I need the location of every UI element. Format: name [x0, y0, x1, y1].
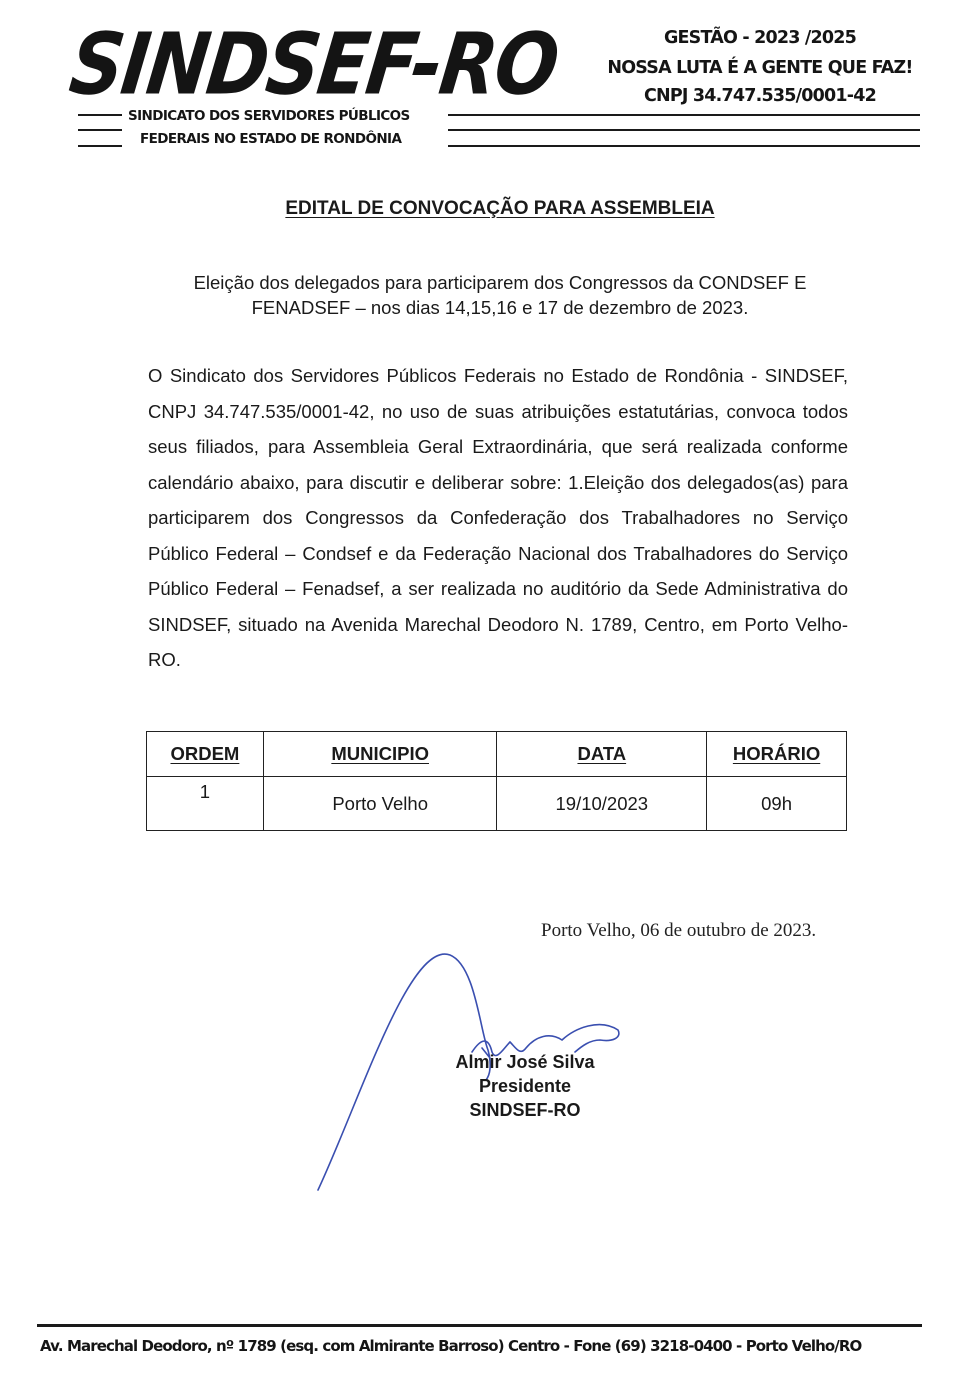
header-rule [78, 145, 122, 147]
signer-org: SINDSEF-RO [440, 1098, 610, 1122]
document-body: O Sindicato dos Servidores Públicos Fede… [148, 358, 848, 678]
table-row: 1 Porto Velho 19/10/2023 09h [147, 777, 847, 831]
signer-role: Presidente [440, 1074, 610, 1098]
header-rule [78, 129, 122, 131]
org-name-line-1: SINDICATO DOS SERVIDORES PÚBLICOS [128, 108, 410, 124]
gestao-label: GESTÃO - 2023 /2025 [590, 28, 930, 48]
header-rule [448, 145, 920, 147]
header-rule [78, 114, 122, 116]
schedule-table: ORDEM MUNICIPIO DATA HORÁRIO 1 Porto Vel… [146, 731, 847, 831]
column-header-horario: HORÁRIO [707, 732, 847, 777]
header-rule [448, 114, 920, 116]
column-header-data: DATA [497, 732, 707, 777]
document-subtitle: Eleição dos delegados para participarem … [150, 270, 850, 320]
signer-name: Almir José Silva [440, 1050, 610, 1074]
footer-address: Av. Marechal Deodoro, nº 1789 (esq. com … [40, 1337, 861, 1355]
signature-block: Almir José Silva Presidente SINDSEF-RO [440, 1050, 610, 1122]
cell-municipio: Porto Velho [263, 777, 497, 831]
column-header-ordem: ORDEM [147, 732, 264, 777]
sindsef-logo: SINDSEF-RO [66, 22, 562, 107]
place-and-date: Porto Velho, 06 de outubro de 2023. [541, 920, 816, 942]
org-name-line-2: FEDERAIS NO ESTADO DE RONDÔNIA [140, 131, 401, 147]
column-header-municipio: MUNICIPIO [263, 732, 497, 777]
page-title: EDITAL DE CONVOCAÇÃO PARA ASSEMBLEIA [0, 198, 960, 220]
cell-data: 19/10/2023 [497, 777, 707, 831]
footer-rule [37, 1324, 922, 1327]
header-cnpj: CNPJ 34.747.535/0001-42 [590, 86, 930, 106]
slogan: NOSSA LUTA É A GENTE QUE FAZ! [590, 58, 930, 78]
cell-ordem: 1 [147, 777, 264, 831]
table-header-row: ORDEM MUNICIPIO DATA HORÁRIO [147, 732, 847, 777]
header-rule [448, 129, 920, 131]
cell-horario: 09h [707, 777, 847, 831]
